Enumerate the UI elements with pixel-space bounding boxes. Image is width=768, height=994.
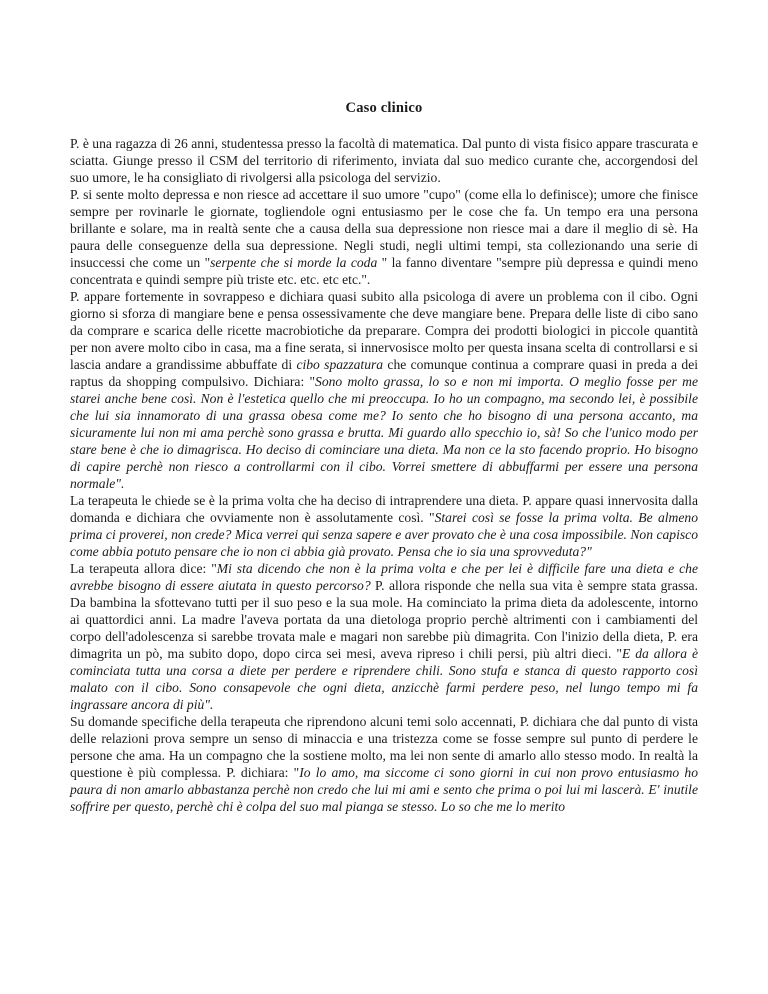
- text-run: La terapeuta allora dice: ": [70, 561, 217, 576]
- text-run: serpente che si morde la coda: [210, 255, 382, 270]
- paragraph: La terapeuta allora dice: "Mi sta dicend…: [70, 560, 698, 713]
- paragraph: Su domande specifiche della terapeuta ch…: [70, 713, 698, 815]
- text-run: P. è una ragazza di 26 anni, studentessa…: [70, 136, 698, 185]
- paragraph: La terapeuta le chiede se è la prima vol…: [70, 492, 698, 560]
- text-run: Sono molto grassa, lo so e non mi import…: [70, 374, 698, 491]
- paragraph: P. si sente molto depressa e non riesce …: [70, 186, 698, 288]
- text-run: cibo spazzatura: [296, 357, 383, 372]
- page-title: Caso clinico: [70, 100, 698, 117]
- paragraph: P. è una ragazza di 26 anni, studentessa…: [70, 135, 698, 186]
- document-page: Caso clinico P. è una ragazza di 26 anni…: [0, 0, 768, 994]
- paragraph: P. appare fortemente in sovrappeso e dic…: [70, 288, 698, 492]
- document-body: P. è una ragazza di 26 anni, studentessa…: [70, 135, 698, 815]
